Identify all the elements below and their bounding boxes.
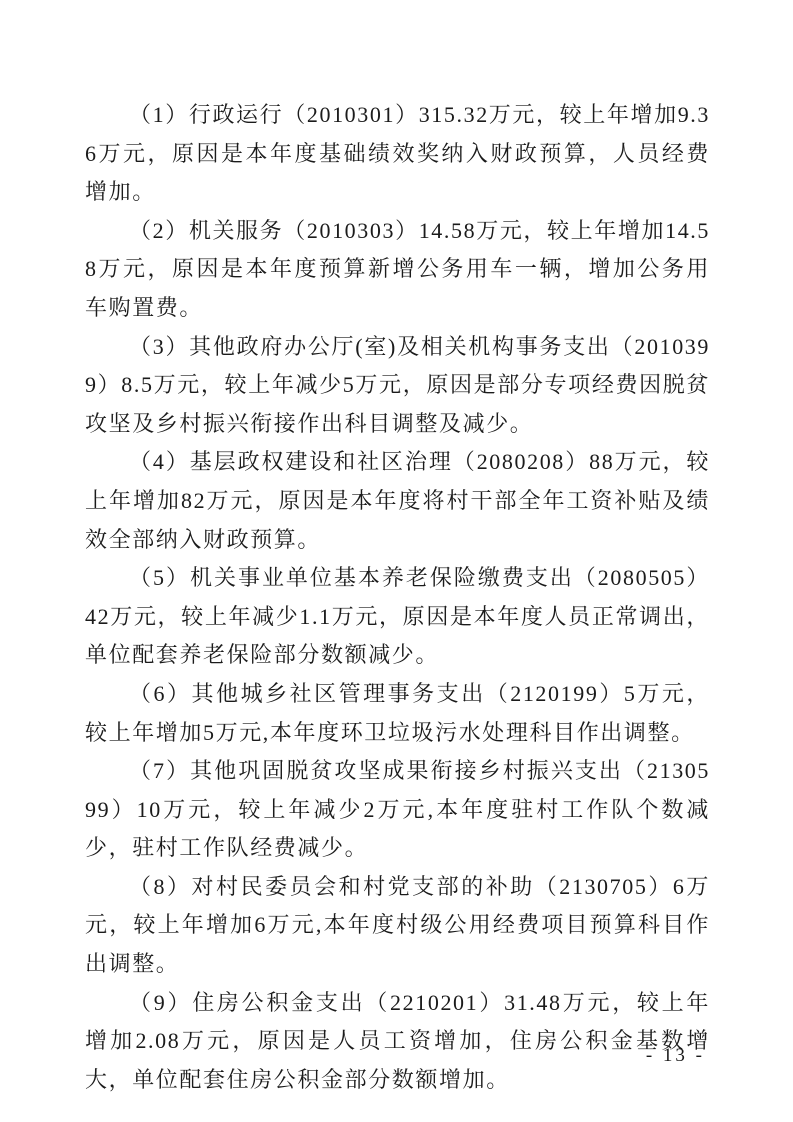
paragraph-item-1: （1）行政运行（2010301）315.32万元，较上年增加9.36万元，原因是…	[85, 96, 710, 212]
paragraph-item-8: （8）对村民委员会和村党支部的补助（2130705）6万元，较上年增加6万元,本…	[85, 868, 710, 984]
paragraph-item-4: （4）基层政权建设和社区治理（2080208）88万元，较上年增加82万元，原因…	[85, 443, 710, 559]
page-footer: - 13 -	[646, 1045, 705, 1067]
paragraph-item-7: （7）其他巩固脱贫攻坚成果衔接乡村振兴支出（2130599）10万元，较上年减少…	[85, 752, 710, 868]
paragraph-item-5: （5）机关事业单位基本养老保险缴费支出（2080505）42万元，较上年减少1.…	[85, 559, 710, 675]
document-page: （1）行政运行（2010301）315.32万元，较上年增加9.36万元，原因是…	[0, 0, 793, 1122]
paragraph-item-9: （9）住房公积金支出（2210201）31.48万元，较上年增加2.08万元，原…	[85, 984, 710, 1100]
paragraph-item-3: （3）其他政府办公厅(室)及相关机构事务支出（2010399）8.5万元，较上年…	[85, 328, 710, 444]
paragraph-item-2: （2）机关服务（2010303）14.58万元，较上年增加14.58万元，原因是…	[85, 212, 710, 328]
paragraph-item-6: （6）其他城乡社区管理事务支出（2120199）5万元，较上年增加5万元,本年度…	[85, 675, 710, 752]
document-body: （1）行政运行（2010301）315.32万元，较上年增加9.36万元，原因是…	[85, 96, 710, 1099]
page-number: - 13 -	[646, 1045, 705, 1066]
